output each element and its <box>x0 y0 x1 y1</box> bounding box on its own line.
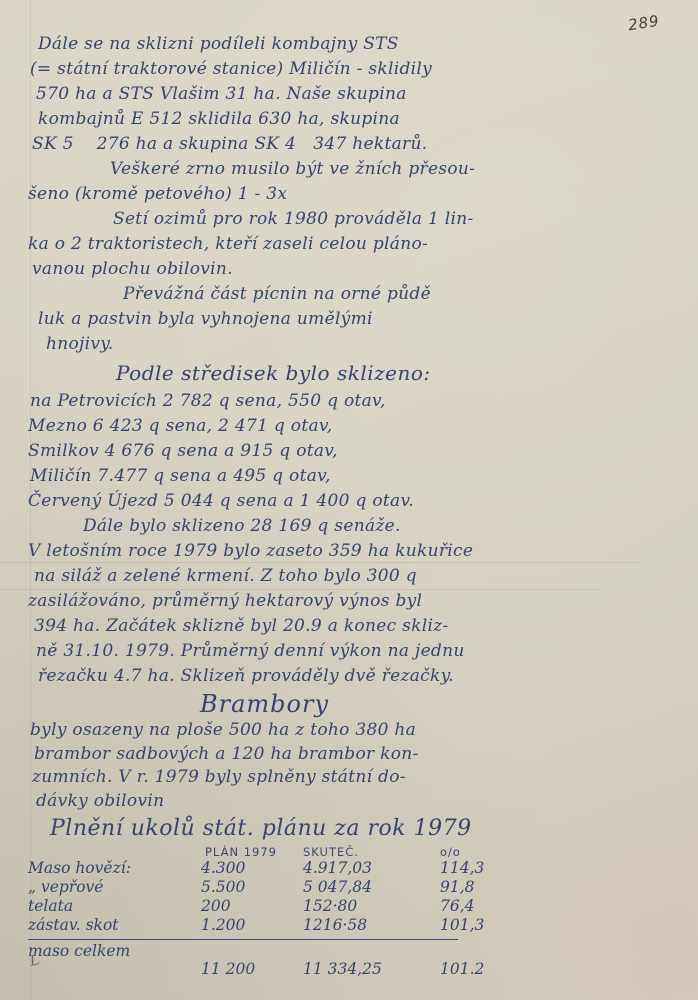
handwritten-line: Smilkov 4 676 q sena a 915 q otav, <box>28 439 676 464</box>
handwritten-line: ně 31.10. 1979. Průměrný denní výkon na … <box>36 639 676 664</box>
handwritten-line: kombajnů E 512 sklidila 630 ha, skupina <box>38 107 676 132</box>
section-heading-podle-stredisek: Podle středisek bylo sklizeno: <box>116 357 676 389</box>
handwritten-line: Červený Újezd 5 044 q sena a 1 400 q ota… <box>28 489 676 514</box>
row-label: „ vepřové <box>28 878 193 897</box>
header-percent: o/o <box>428 845 513 859</box>
handwritten-line: hnojivy. <box>46 332 676 357</box>
row-skutec: 1216·58 <box>293 916 428 935</box>
handwritten-line: zasilážováno, průměrný hektarový výnos b… <box>28 589 676 614</box>
handwritten-line: Mezno 6 423 q sena, 2 471 q otav, <box>28 414 676 439</box>
row-percent: 76,4 <box>428 897 513 916</box>
handwritten-line: luk a pastvin byla vyhnojena umělými <box>38 307 676 332</box>
total-row-label: maso celkem <box>28 942 676 960</box>
handwritten-line: Dále se na sklizni podíleli kombajny STS <box>38 32 676 57</box>
header-label-cell <box>28 845 193 859</box>
header-plan: PLÁN 1979 <box>193 845 293 859</box>
section-heading-brambory: Brambory <box>200 689 676 719</box>
total-plan: 11 200 <box>193 960 293 979</box>
table-row: „ vepřové 5.500 5 047,84 91,8 <box>28 878 676 897</box>
handwritten-line: 570 ha a STS Vlašim 31 ha. Naše skupina <box>36 82 676 107</box>
plan-fulfillment-table: PLÁN 1979 SKUTEČ. o/o Maso hovězí: 4.300… <box>28 845 676 979</box>
row-plan: 5.500 <box>193 878 293 897</box>
row-skutec: 152·80 <box>293 897 428 916</box>
row-percent: 91,8 <box>428 878 513 897</box>
total-empty-cell <box>28 960 193 979</box>
row-label: Maso hovězí: <box>28 859 193 878</box>
page-number: 289 <box>627 12 661 35</box>
row-percent: 101,3 <box>428 916 513 935</box>
handwritten-line: Miličín 7.477 q sena a 495 q otav, <box>30 464 676 489</box>
table-row: telata 200 152·80 76,4 <box>28 897 676 916</box>
row-plan: 200 <box>193 897 293 916</box>
handwritten-line: Dále bylo sklizeno 28 169 q senáže. <box>83 514 676 539</box>
header-skutec: SKUTEČ. <box>293 845 428 859</box>
total-percent: 101.2 <box>428 960 513 979</box>
chronicle-page: 289 Dále se na sklizni podíleli kombajny… <box>0 0 698 1000</box>
row-skutec: 5 047,84 <box>293 878 428 897</box>
handwritten-line: byly osazeny na ploše 500 ha z toho 380 … <box>30 719 676 743</box>
handwritten-line: Převážná část pícnin na orné půdě <box>123 282 676 307</box>
handwritten-line: SK 5 276 ha a skupina SK 4 347 hektarů. <box>32 132 676 157</box>
row-label: zástav. skot <box>28 916 193 935</box>
row-skutec: 4.917,03 <box>293 859 428 878</box>
table-row: Maso hovězí: 4.300 4.917,03 114,3 <box>28 859 676 878</box>
handwritten-line: dávky obilovin <box>36 790 676 814</box>
table-row: zástav. skot 1.200 1216·58 101,3 <box>28 916 676 935</box>
handwritten-line: Setí ozimů pro rok 1980 prováděla 1 lin- <box>113 207 676 232</box>
row-percent: 114,3 <box>428 859 513 878</box>
handwritten-line: brambor sadbových a 120 ha brambor kon- <box>34 743 676 767</box>
handwritten-line: na Petrovicích 2 782 q sena, 550 q otav, <box>30 389 676 414</box>
row-plan: 1.200 <box>193 916 293 935</box>
handwritten-line: V letošním roce 1979 bylo zaseto 359 ha … <box>28 539 676 564</box>
handwritten-line: Veškeré zrno musilo být ve žních přesou- <box>110 157 676 182</box>
handwritten-line: na siláž a zelené krmení. Z toho bylo 30… <box>34 564 676 589</box>
total-row-values: 11 200 11 334,25 101.2 <box>28 960 676 979</box>
handwritten-line: (= státní traktorové stanice) Miličín - … <box>30 57 676 82</box>
handwritten-line: vanou plochu obilovin. <box>32 257 676 282</box>
table-header-row: PLÁN 1979 SKUTEČ. o/o <box>28 845 676 859</box>
handwritten-line: 394 ha. Začátek sklizně byl 20.9 a konec… <box>34 614 676 639</box>
handwritten-line: zumních. V r. 1979 byly splněny státní d… <box>32 766 676 790</box>
handwritten-line: ka o 2 traktoristech, kteří zaseli celou… <box>28 232 676 257</box>
row-plan: 4.300 <box>193 859 293 878</box>
row-label: telata <box>28 897 193 916</box>
section-heading-plneni-planu: Plnění ukolů stát. plánu za rok 1979 <box>50 813 676 845</box>
handwritten-body: Dále se na sklizni podíleli kombajny STS… <box>28 32 676 979</box>
handwritten-line: řezačku 4.7 ha. Sklizeň prováděly dvě ře… <box>38 664 676 689</box>
handwritten-line: šeno (kromě petového) 1 - 3x <box>28 182 676 207</box>
table-separator-line <box>28 939 458 940</box>
total-skutec: 11 334,25 <box>293 960 428 979</box>
